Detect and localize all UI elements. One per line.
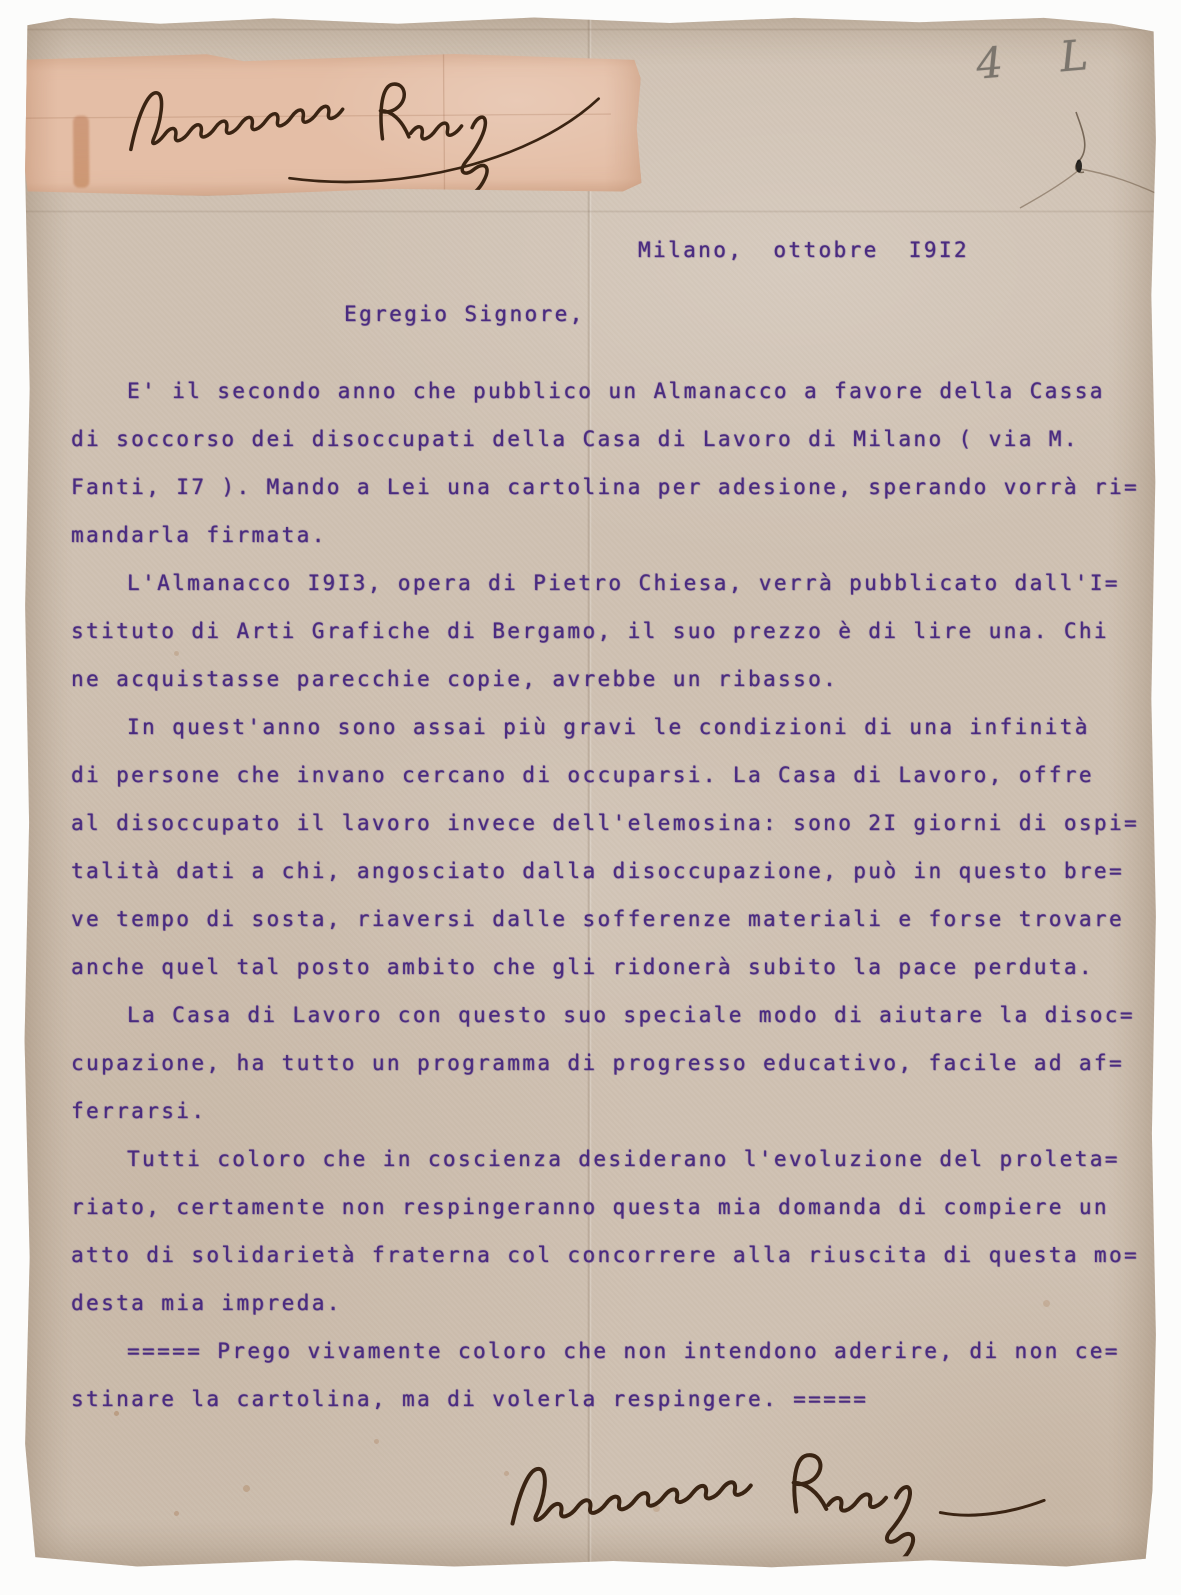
letter-body: E' il secondo anno che pubblico un Alman… — [71, 367, 1146, 1423]
text-line: mandarla firmata. — [71, 511, 1146, 559]
text-line: Fanti, I7 ). Mando a Lei una cartolina p… — [71, 463, 1146, 511]
text-line: stituto di Arti Grafiche di Bergamo, il … — [71, 607, 1146, 655]
letter-page: 4 L Milano, ottobre I9I2 Egregio Signore… — [24, 16, 1157, 1568]
text-line: ve tempo di sosta, riaversi dalle soffer… — [71, 895, 1146, 943]
horizontal-crease — [24, 210, 1157, 213]
paragraph: La Casa di Lavoro con questo suo special… — [71, 991, 1146, 1135]
text-line: La Casa di Lavoro con questo suo special… — [71, 991, 1146, 1039]
text-line: di persone che invano cercano di occupar… — [71, 751, 1146, 799]
handwritten-signature-top — [85, 58, 642, 194]
text-line: ===== Prego vivamente coloro che non int… — [71, 1327, 1146, 1375]
paragraph: Tutti coloro che in coscienza desiderano… — [71, 1135, 1146, 1327]
pencil-note: 4 L — [974, 28, 1112, 88]
salutation: Egregio Signore, — [344, 302, 585, 326]
paragraph: In quest'anno sono assai più gravi le co… — [71, 703, 1146, 991]
text-line: stinare la cartolina, ma di volerla resp… — [71, 1375, 1146, 1423]
text-line: riato, certamente non respingeranno ques… — [71, 1183, 1146, 1231]
text-line: Tutti coloro che in coscienza desiderano… — [71, 1135, 1146, 1183]
pasted-signature-slip — [21, 50, 642, 197]
text-line: di soccorso dei disoccupati della Casa d… — [71, 415, 1146, 463]
paragraph: L'Almanacco I9I3, opera di Pietro Chiesa… — [71, 559, 1146, 703]
text-line: ne acquistasse parecchie copie, avrebbe … — [71, 655, 1146, 703]
text-line: atto di solidarietà fraterna col concorr… — [71, 1231, 1146, 1279]
paragraph: E' il secondo anno che pubblico un Alman… — [71, 367, 1146, 559]
text-line: ferrarsi. — [71, 1087, 1146, 1135]
top-edge-crease — [24, 28, 1157, 31]
text-line: al disoccupato il lavoro invece dell'ele… — [71, 799, 1146, 847]
text-line: anche quel tal posto ambito che gli rido… — [71, 943, 1146, 991]
text-line: talità dati a chi, angosciato dalla diso… — [71, 847, 1146, 895]
text-line: cupazione, ha tutto un programma di prog… — [71, 1039, 1146, 1087]
handwritten-signature-bottom — [495, 1428, 1057, 1565]
text-line: desta mia impreda. — [71, 1279, 1146, 1327]
text-line: E' il secondo anno che pubblico un Alman… — [71, 367, 1146, 415]
dateline: Milano, ottobre I9I2 — [638, 238, 969, 262]
text-line: L'Almanacco I9I3, opera di Pietro Chiesa… — [71, 559, 1146, 607]
text-line: In quest'anno sono assai più gravi le co… — [71, 703, 1146, 751]
paper-tear — [1014, 108, 1164, 238]
paragraph: ===== Prego vivamente coloro che non int… — [71, 1327, 1146, 1423]
